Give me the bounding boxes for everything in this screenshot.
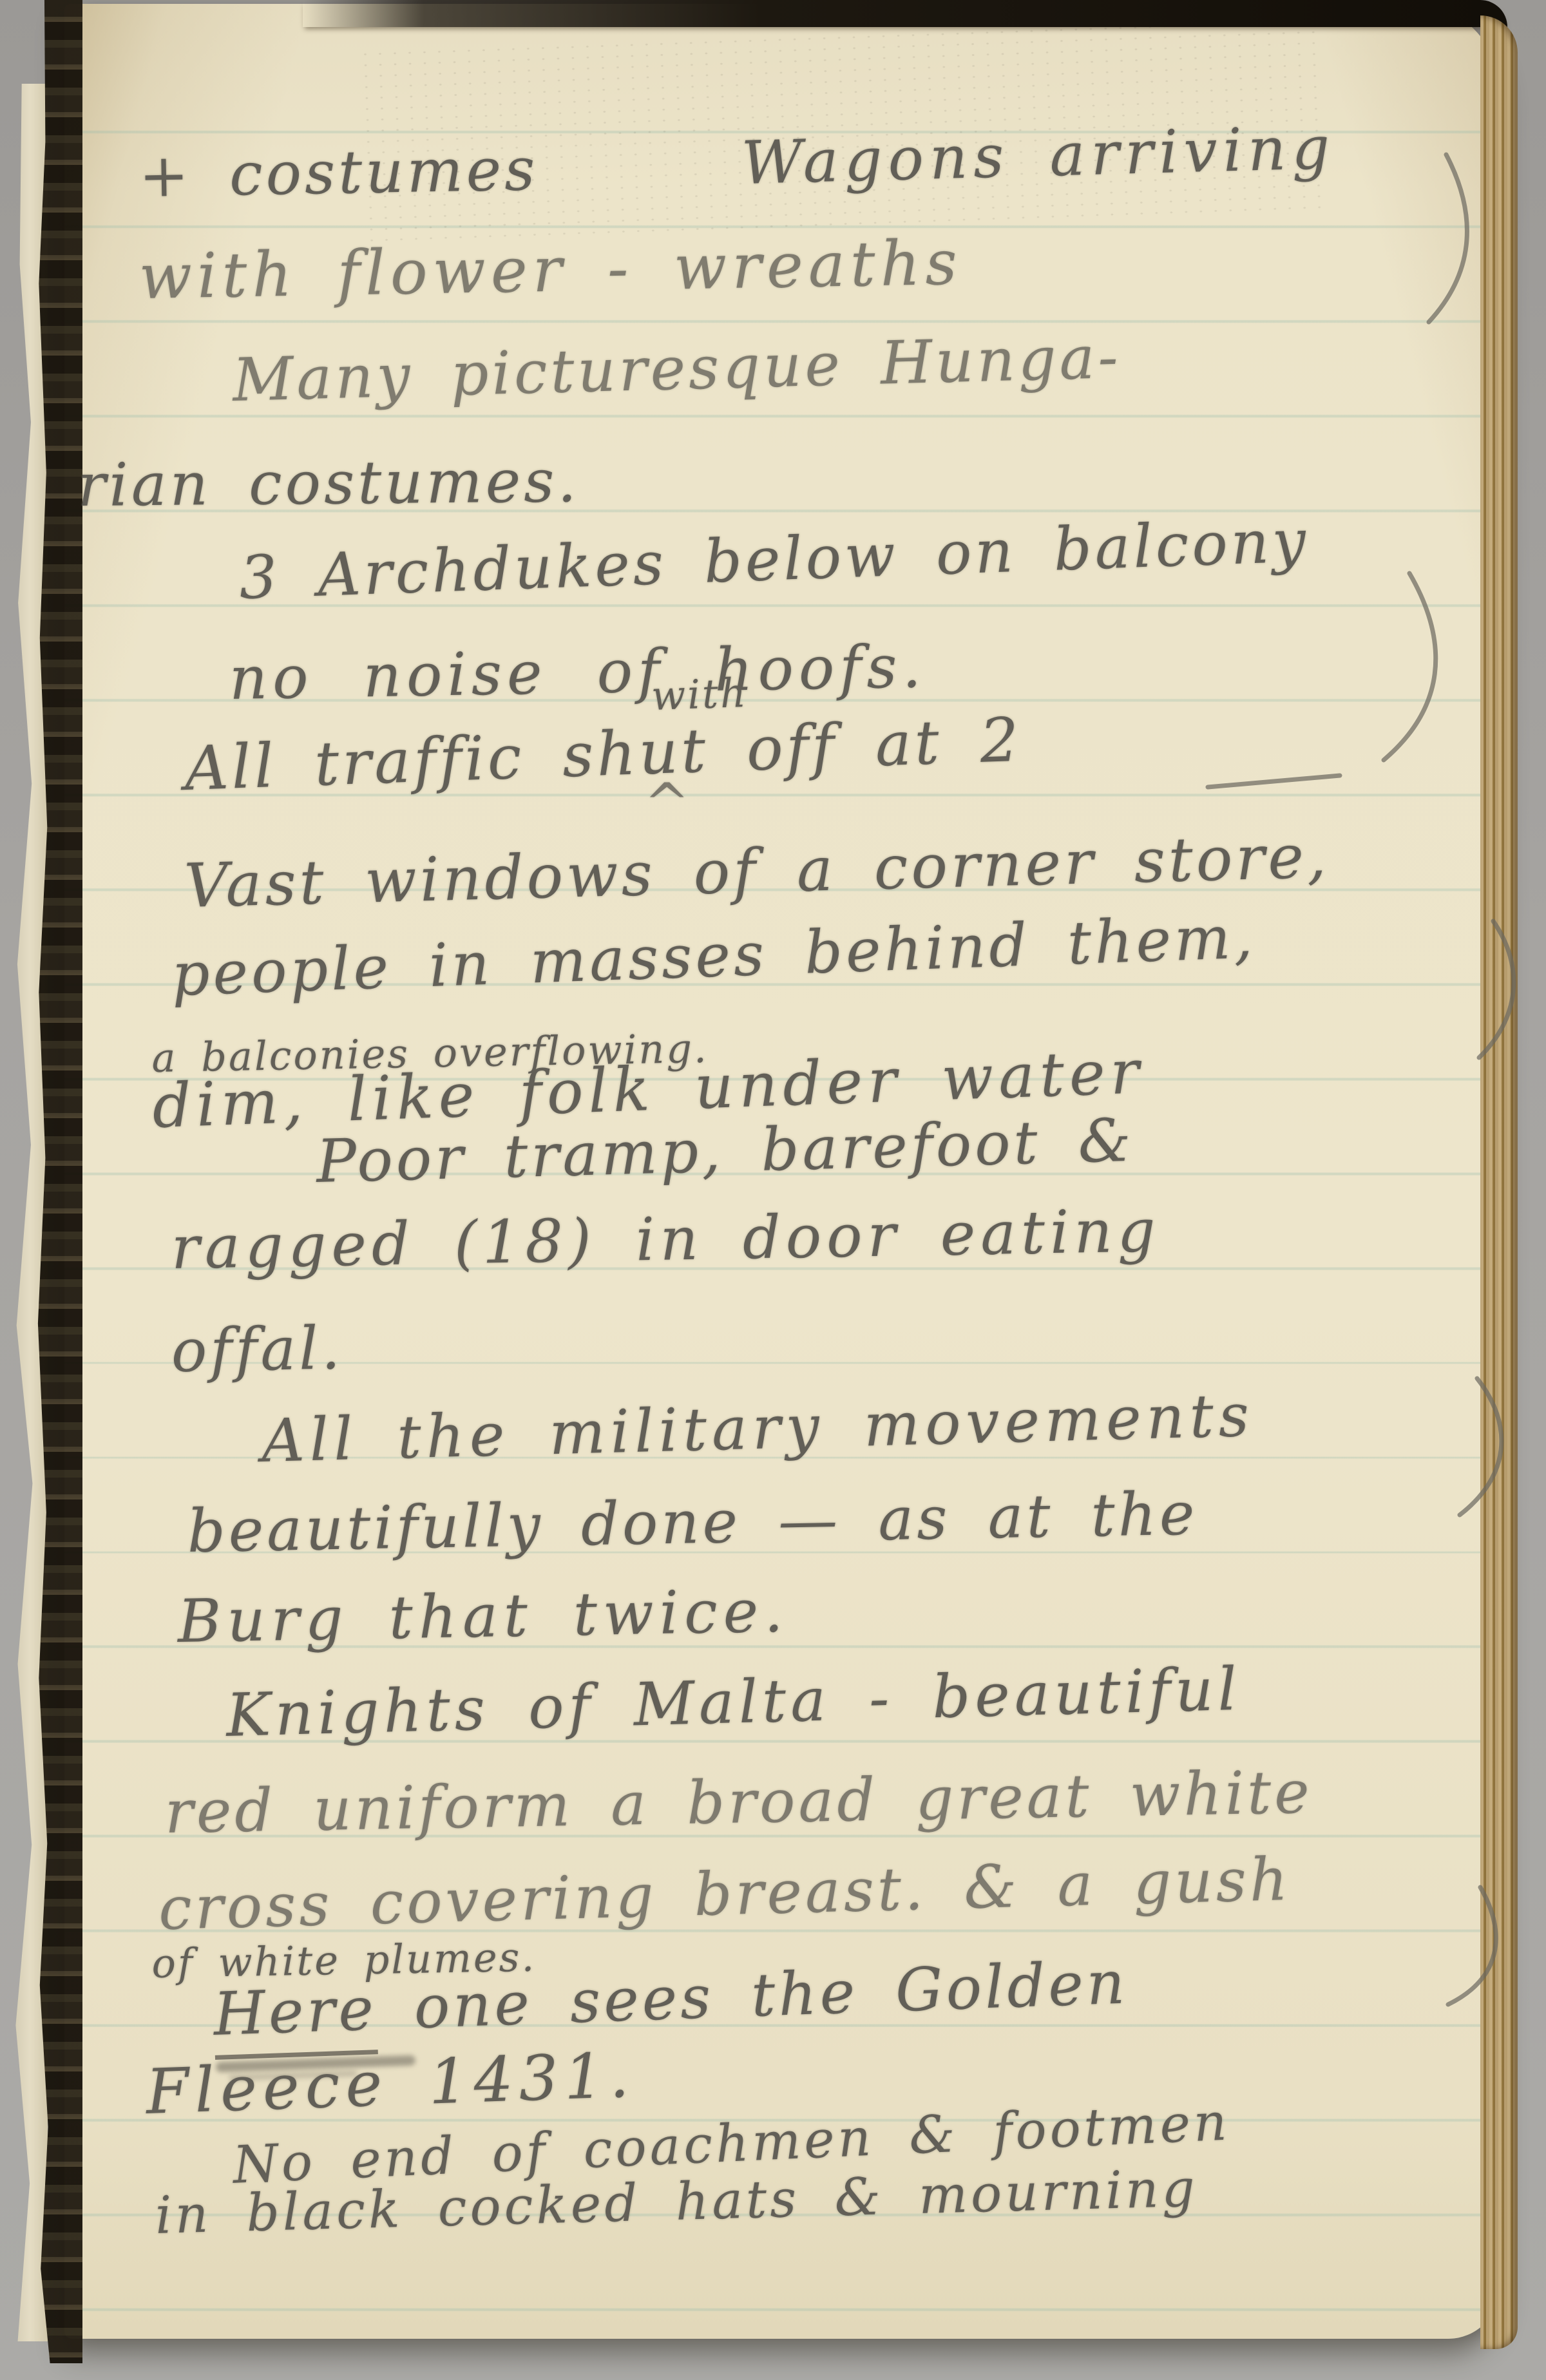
page-stack-edges — [1480, 15, 1518, 2349]
page-top-edge — [303, 0, 1507, 27]
insertion-caret: ^ — [644, 776, 692, 830]
underlined-word-here: Here — [213, 1974, 378, 2060]
inserted-word-with: with — [651, 673, 749, 716]
handwritten-line-4: rian costumes. — [77, 452, 580, 515]
handwritten-line-21: Fleece 1431. — [145, 2044, 636, 2123]
handwritten-line-13: offal. — [171, 1319, 344, 1381]
handwritten-line-6: no noise of hoofs. — [229, 637, 927, 709]
handwritten-line-15: beautifully done — as at the — [187, 1485, 1198, 1561]
handwritten-line-12: ragged (18) in door eating — [171, 1201, 1161, 1278]
handwritten-line-16: Burg that twice. — [177, 1581, 789, 1652]
handwritten-line-2: with flower - wreaths — [138, 232, 962, 308]
scanned-photo: + costumes Wagons arriving with flower -… — [0, 0, 1546, 2380]
handwritten-line-1a: + costumes — [138, 140, 539, 206]
handwritten-line-1b: Wagons arriving — [741, 119, 1336, 193]
